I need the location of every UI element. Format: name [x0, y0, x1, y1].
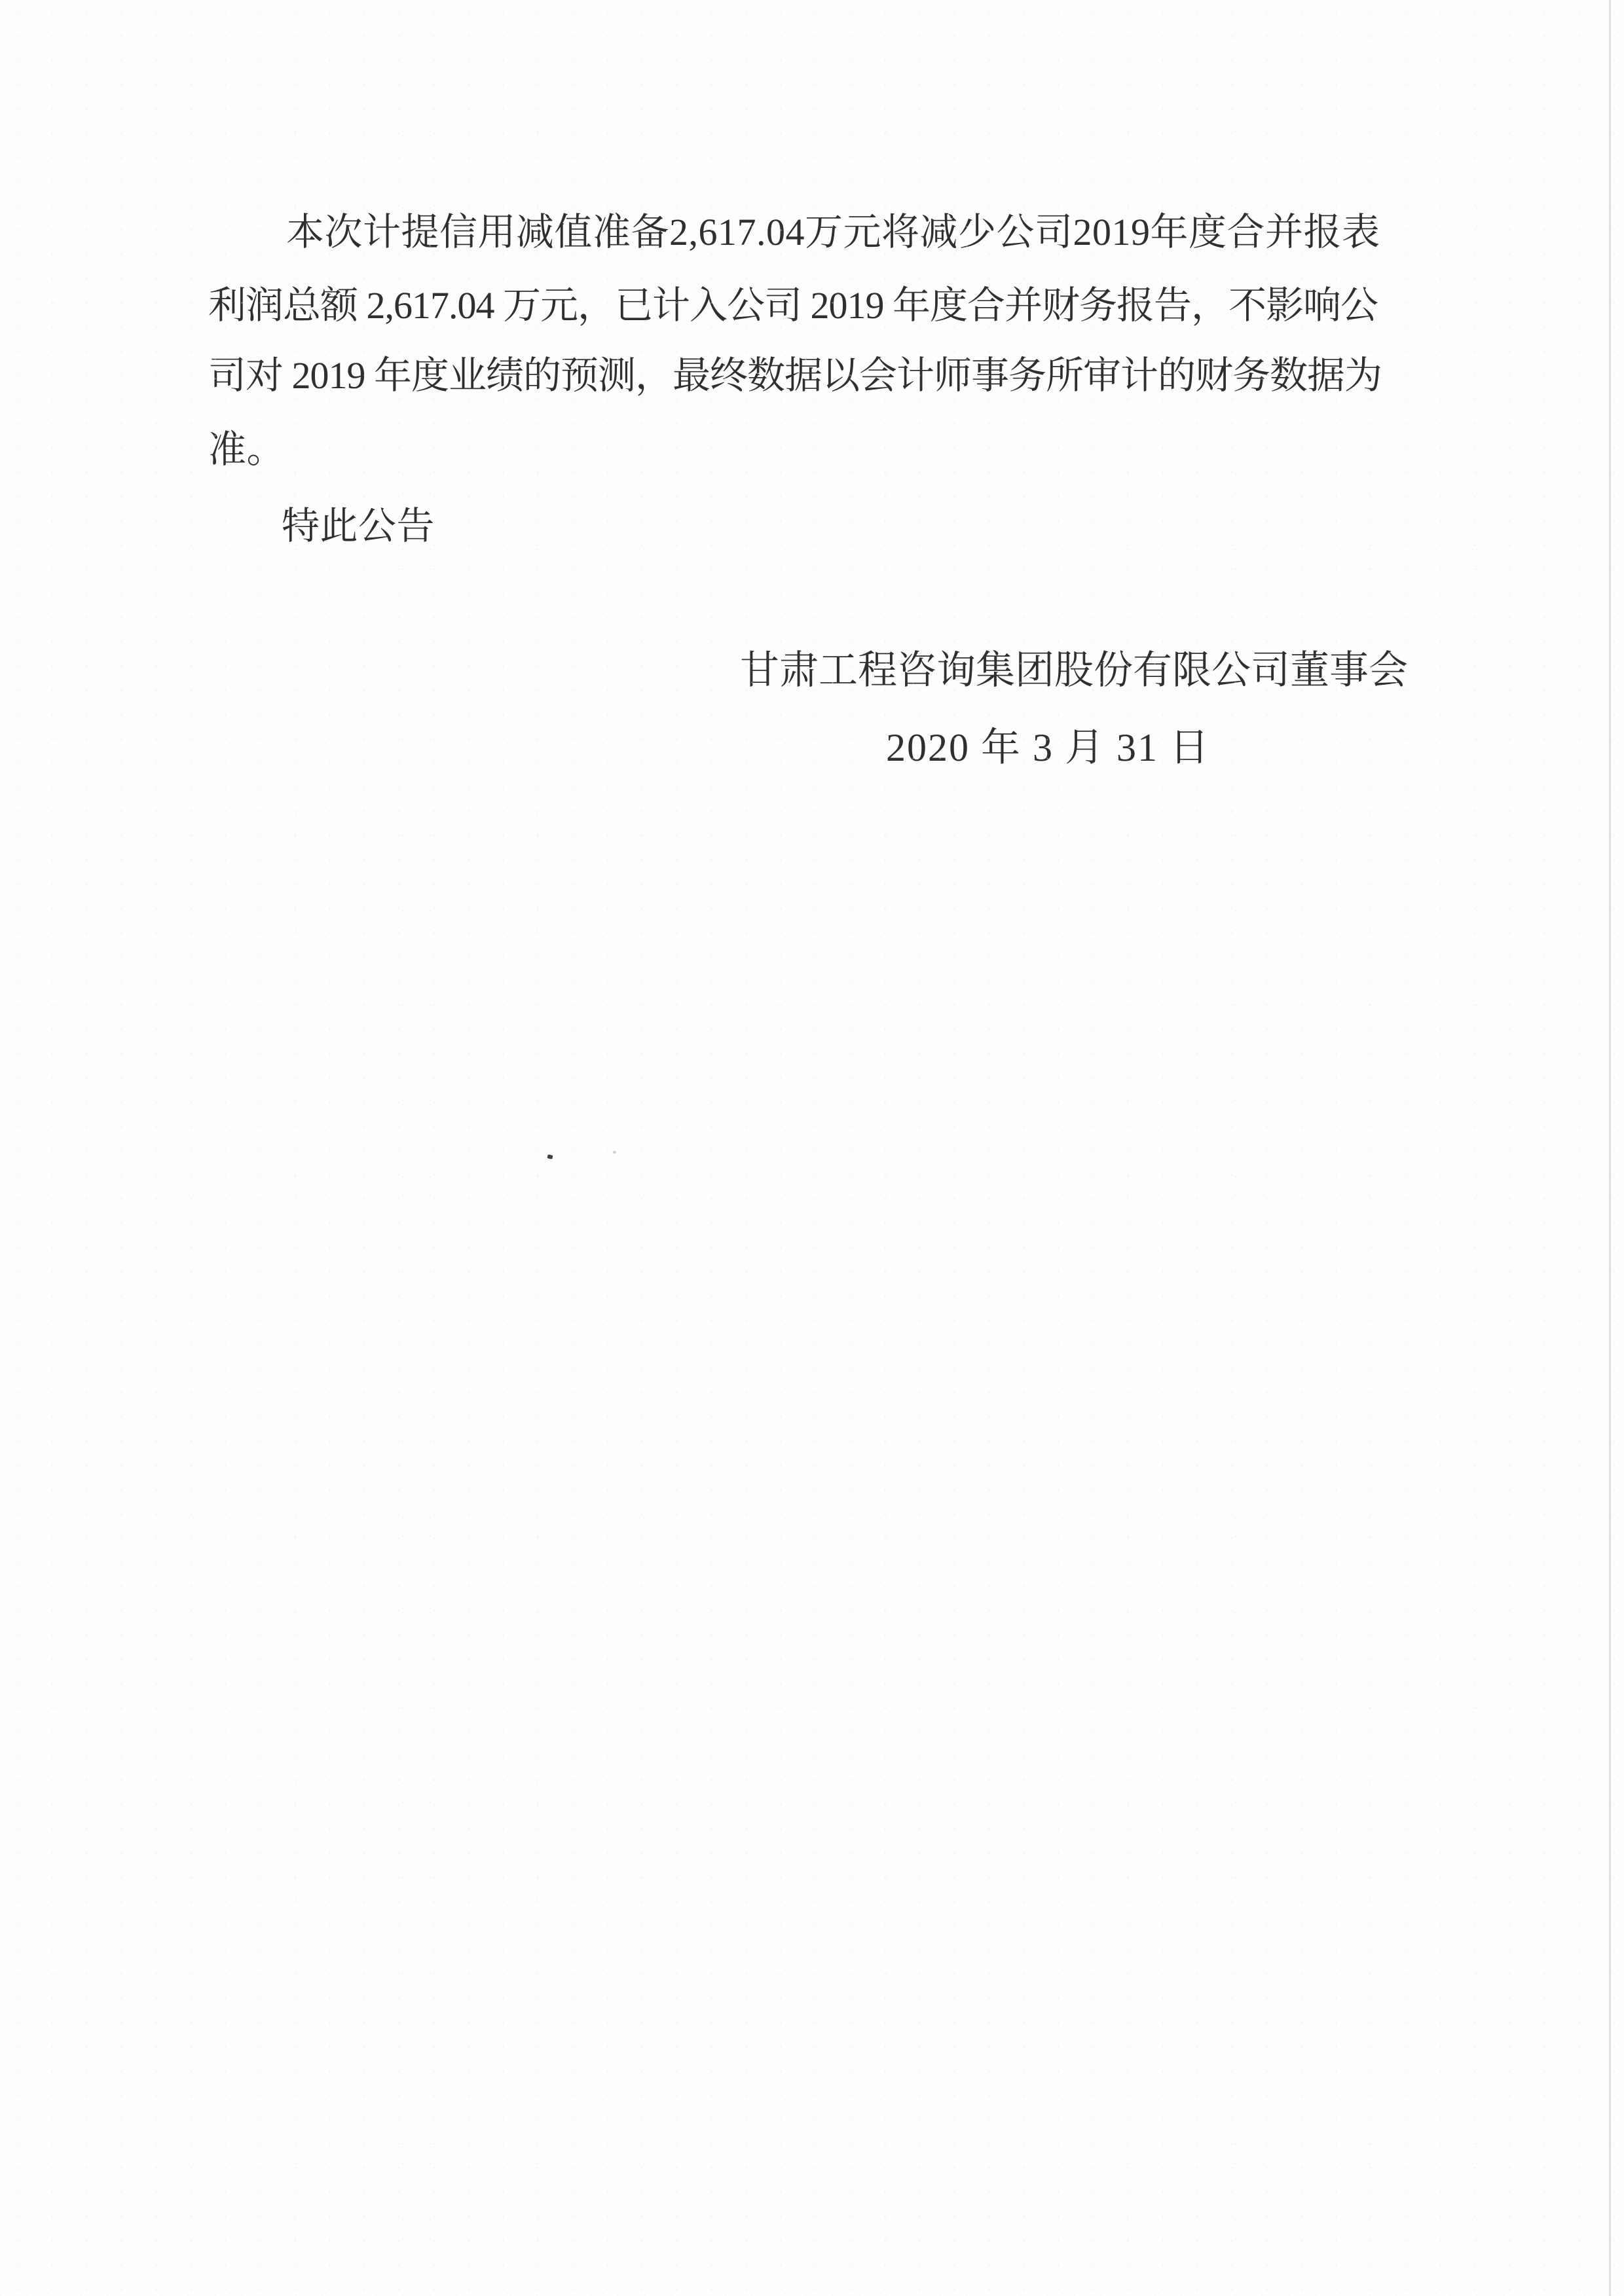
paragraph-line-2: 利润总额 2,617.04 万元，已计入公司 2019 年度合并财务报告，不影响…	[208, 283, 1378, 329]
ink-speck-faint-artifact	[613, 1151, 616, 1154]
closing-statement: 特此公告	[282, 503, 435, 549]
signature-date: 2020 年 3 月 31 日	[886, 724, 1210, 771]
scanner-edge-artifact	[1609, 0, 1611, 2296]
paragraph-line-3: 司对 2019 年度业绩的预测，最终数据以会计师事务所审计的财务数据为	[208, 353, 1382, 399]
paragraph-line-1: 本次计提信用减值准备2,617.04万元将减少公司2019年度合并报表	[286, 210, 1380, 255]
ink-speck-artifact	[547, 1154, 553, 1159]
signature-company-name: 甘肃工程咨询集团股份有限公司董事会	[740, 647, 1408, 694]
scanned-document-page: 本次计提信用减值准备2,617.04万元将减少公司2019年度合并报表 利润总额…	[0, 0, 1624, 2296]
paragraph-line-4: 准。	[208, 427, 285, 473]
